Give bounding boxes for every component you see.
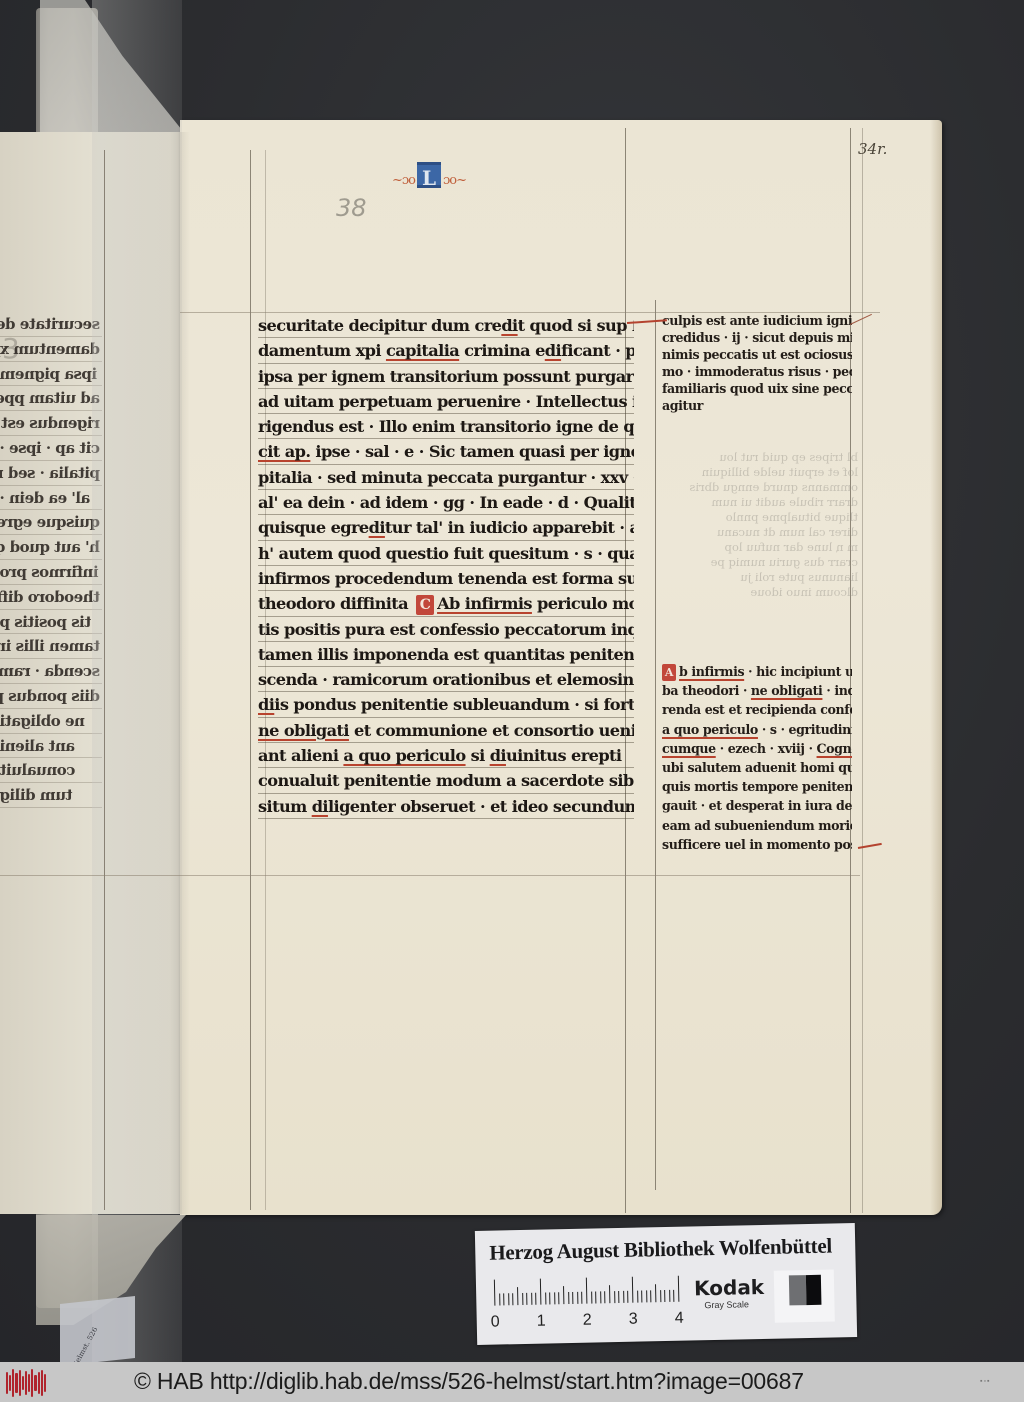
- show-through-line: dlcoum inuo idoue: [668, 585, 858, 600]
- show-through-line: lianunus pute roli ju: [668, 570, 858, 585]
- rubricated-phrase: cit ap.: [258, 442, 310, 461]
- rubric-initial: C: [416, 595, 434, 615]
- verso-line: al' ea dein ·: [0, 486, 102, 511]
- chapter-number: ~ɔoLɔo~: [392, 162, 466, 189]
- gloss-line: quis mortis tempore penitentiam et deren…: [662, 777, 852, 796]
- ruler-tick: [669, 1290, 670, 1302]
- flourish-left: ~ɔo: [392, 173, 415, 188]
- text-line: conualuit penitentie modum a sacerdote s…: [258, 768, 634, 793]
- gloss-line: agitur: [662, 397, 852, 414]
- text-line: damentum xpi capitalia crimina edificant…: [258, 338, 634, 363]
- verso-line: ad uitam pper: [0, 386, 102, 411]
- footer-bar: © HAB http://diglib.hab.de/mss/526-helms…: [0, 1362, 1024, 1402]
- show-through-line: direr cal num dt nucanu: [668, 525, 858, 540]
- rubricated-phrase: b infirmis: [679, 664, 744, 679]
- text-line: quisque egreditur tal' in iudicio appare…: [258, 515, 634, 540]
- rubricated-phrase: a quo periculo: [662, 722, 758, 737]
- show-through-line: bl tripes ep quid rut lou: [668, 450, 858, 465]
- ruler-tick: [513, 1293, 514, 1305]
- logo-bar: [34, 1375, 36, 1391]
- ruler-tick: [517, 1287, 518, 1305]
- ruler-label: 0: [491, 1313, 500, 1331]
- ruling-line: [104, 150, 105, 1210]
- text-line: situm diligenter obseruet · et ideo secu…: [258, 794, 634, 819]
- ruler-tick: [623, 1291, 624, 1303]
- ruler-tick: [641, 1290, 642, 1302]
- ruler-tick: [591, 1292, 592, 1304]
- ruler-tick: [568, 1292, 569, 1304]
- ruler-tick: [674, 1290, 675, 1302]
- text-line: tamen illis imponenda est quantitas peni…: [258, 642, 634, 667]
- ruler-label: 4: [675, 1310, 684, 1328]
- gloss-line-text: ba theodori · ne obligati · inqui: [662, 683, 852, 698]
- show-through-line: m ꞑ lune dar nufuu lop: [668, 540, 858, 555]
- show-through-line: lof et erpuit uelde billiquin: [668, 465, 858, 480]
- verso-line: cit ap · ipse · s: [0, 436, 102, 461]
- ruler-tick: [526, 1293, 527, 1305]
- verso-line: ipsa pignem: [0, 362, 102, 387]
- show-through-line: drarr ribule audit ui num: [668, 495, 858, 510]
- gloss-line-text: gauit · et desperat in iura dei · si: [662, 798, 852, 813]
- ruler-tick: [572, 1292, 573, 1304]
- gloss-line-text: ubi salutem aduenit homi quis: [662, 760, 852, 775]
- ruler-tick: [586, 1278, 588, 1304]
- rubricated-phrase: di: [258, 695, 274, 714]
- ruler-tick: [605, 1291, 606, 1303]
- gloss-line-text: b infirmis · hic incipiunt uer: [679, 664, 852, 679]
- logo-bar: [25, 1371, 27, 1395]
- verso-line: quisque egre: [0, 510, 102, 535]
- logo-bar: [22, 1376, 24, 1390]
- gloss-line: culpis est ante iudicium ignis: [662, 312, 852, 329]
- ink-folio-number: 34r.: [858, 140, 887, 158]
- ruler-label: 3: [629, 1311, 638, 1329]
- verso-line: diis pondus p: [0, 684, 102, 709]
- verso-line: pitalia · sed m: [0, 461, 102, 486]
- chapter-numeral: L: [417, 162, 441, 188]
- logo-bar: [6, 1372, 8, 1394]
- verso-line: tis positis p: [0, 610, 102, 635]
- gloss-line-text: eam ad subueniendum morienti: [662, 818, 852, 833]
- ruler-tick: [646, 1290, 647, 1302]
- logo-bar: [41, 1370, 43, 1396]
- verso-line: ne obligati: [0, 709, 102, 734]
- footer-credit-link[interactable]: © HAB http://diglib.hab.de/mss/526-helms…: [134, 1368, 804, 1395]
- gloss-line: credidus · ij · sicut depuis mi: [662, 329, 852, 346]
- ruler-tick: [678, 1276, 680, 1302]
- ruler-tick: [632, 1277, 634, 1303]
- text-line: cit ap. ipse · sal · e · Sic tamen quasi…: [258, 439, 634, 464]
- manuscript-scan: 3 securitate dedamentum xpiipsa pignemad…: [0, 0, 1024, 1362]
- ruler-tick: [554, 1292, 555, 1304]
- ruler-label: 1: [537, 1313, 546, 1331]
- logo-bar: [38, 1372, 40, 1394]
- ruler-tick: [614, 1291, 615, 1303]
- ruler-tick: [499, 1293, 500, 1305]
- ruler-tick: [503, 1293, 504, 1305]
- ruler-tick: [508, 1293, 509, 1305]
- text-line: tis positis pura est confessio peccatoru…: [258, 617, 634, 642]
- logo-bar: [28, 1374, 30, 1392]
- show-through-line: ommanns qnurd enngu dbris: [668, 480, 858, 495]
- gloss-initial: A: [662, 664, 676, 681]
- text-line: diis pondus penitentie subleuandum · si …: [258, 692, 634, 717]
- ruler-tick: [549, 1292, 550, 1304]
- rubricated-phrase: di: [369, 518, 385, 537]
- rubricated-phrase: ne obligati: [751, 683, 823, 698]
- text-line: infirmos procedendum tenenda est forma s…: [258, 566, 634, 591]
- text-line: h' autem quod questio fuit quesitum · s …: [258, 541, 634, 566]
- corner-mark-icon: ▪▫▪: [980, 1378, 990, 1385]
- logo-bar: [44, 1374, 46, 1392]
- text-line: theodoro diffinitaCAb infirmis periculo …: [258, 591, 634, 616]
- verso-line: damentum xpi: [0, 337, 102, 362]
- brand-subtitle: Gray Scale: [704, 1299, 749, 1310]
- pencil-folio-number: 38: [336, 194, 367, 222]
- gloss-line: ba theodori · ne obligati · inqui: [662, 681, 852, 700]
- ruler-tick: [545, 1293, 546, 1305]
- show-through-text: bl tripes ep quid rut loulof et erpuit u…: [668, 450, 858, 600]
- gloss-line: mo · immoderatus risus · pecca cure: [662, 363, 852, 380]
- ruler-tick: [655, 1284, 656, 1302]
- ruling-line: [655, 300, 656, 1190]
- ruler-tick: [582, 1292, 583, 1304]
- verso-line: scenda · rami: [0, 659, 102, 684]
- rubricated-phrase: di: [312, 797, 328, 816]
- black-patch: [806, 1275, 822, 1305]
- ruling-line: [0, 875, 860, 876]
- institution-name: Herzog August Bibliothek Wolfenbüttel: [489, 1234, 832, 1266]
- glass-plate: [92, 0, 182, 1362]
- ruler-tick: [600, 1291, 601, 1303]
- ruler-tick: [618, 1291, 619, 1303]
- shelfmark-label: Helmst. 526: [60, 1296, 135, 1362]
- text-line: ant alieni a quo periculo si diuinitus e…: [258, 743, 634, 768]
- verso-line: tum dilig: [0, 783, 102, 808]
- ruler-tick: [559, 1292, 560, 1304]
- show-through-line: tlique bitualpme pnnlo: [668, 510, 858, 525]
- logo-bar: [31, 1369, 33, 1397]
- text-line: rigendus est · Illo enim transitorio ign…: [258, 414, 634, 439]
- ruler-tick: [540, 1279, 542, 1305]
- ruling-line: [250, 150, 251, 1210]
- text-line: ne obligati et communione et consortio u…: [258, 718, 634, 743]
- verso-line: infirmos pro: [0, 560, 102, 585]
- ruler-tick: [536, 1293, 537, 1305]
- left-page-text: securitate dedamentum xpiipsa pignemad u…: [0, 312, 102, 808]
- verso-line: ant alieni: [0, 734, 102, 759]
- rubric-heading: Ab infirmis: [437, 594, 532, 613]
- ruler-tick: [531, 1293, 532, 1305]
- ruler-tick: [660, 1290, 661, 1302]
- rubricated-phrase: di: [490, 746, 506, 765]
- scale-ruler: 01234: [494, 1280, 685, 1318]
- rubricated-phrase: cumque: [662, 741, 716, 756]
- rubricated-phrase: a quo periculo: [343, 746, 465, 765]
- gloss-line: ubi salutem aduenit homi quis: [662, 758, 852, 777]
- ruler-label: 2: [583, 1312, 592, 1330]
- ruler-tick: [563, 1286, 564, 1304]
- text-line: ad uitam perpetuam peruenire · Intellect…: [258, 389, 634, 414]
- brand-label: Kodak: [694, 1275, 764, 1300]
- text-line: pitalia · sed minuta peccata purgantur ·…: [258, 465, 634, 490]
- logo-bar: [15, 1373, 17, 1393]
- gloss-top: culpis est ante iudicium igniscredidus ·…: [662, 312, 852, 414]
- verso-line: conualuit: [0, 758, 102, 783]
- ruler-tick: [609, 1285, 610, 1303]
- gloss-line: familiaris quod uix sine peccato: [662, 380, 852, 397]
- rubricated-phrase: di: [501, 316, 517, 335]
- gloss-line: renda est et recipienda confessio et: [662, 700, 852, 719]
- rubricated-phrase: capitalia: [386, 341, 459, 360]
- gloss-line: a quo periculo · s · egritudinis qua: [662, 720, 852, 739]
- verso-line: rigendus est · I: [0, 411, 102, 436]
- ruler-tick: [577, 1292, 578, 1304]
- gloss-line-text: quis mortis tempore penitentiam et deren…: [662, 779, 852, 794]
- gloss-line: nimis peccatis ut est ociosus ser: [662, 346, 852, 363]
- gloss-bottom: Ab infirmis · hic incipiunt uerba theodo…: [662, 662, 852, 854]
- verso-line: tamen illis imp: [0, 634, 102, 659]
- gloss-line-text: renda est et recipienda confessio et: [662, 702, 852, 717]
- gloss-line: sufficere uel in momento posse: [662, 835, 852, 854]
- hab-logo-icon: [6, 1368, 46, 1398]
- gloss-line: eam ad subueniendum morienti: [662, 816, 852, 835]
- logo-bar: [12, 1369, 14, 1397]
- text-line: al' ea dein · ad idem · gg · In eade · d…: [258, 490, 634, 515]
- color-calibration-target: Herzog August Bibliothek Wolfenbüttel 01…: [475, 1223, 857, 1345]
- logo-bar: [9, 1375, 11, 1391]
- verso-line: securitate de: [0, 312, 102, 337]
- gloss-line-text: cumque · ezech · xviij · Cognouimus: [662, 741, 852, 756]
- gray-patch: [789, 1275, 807, 1305]
- ruler-tick: [628, 1291, 629, 1303]
- rubricated-phrase: ne obligati: [258, 721, 349, 740]
- logo-bar: [19, 1370, 21, 1396]
- gloss-line-text: sufficere uel in momento posse: [662, 837, 852, 852]
- ruler-tick: [651, 1290, 652, 1302]
- verso-line: h' aut quod q: [0, 535, 102, 560]
- ruler-tick: [664, 1290, 665, 1302]
- rubricated-phrase: di: [545, 341, 561, 360]
- main-text-column: securitate decipitur dum credit quod si …: [258, 313, 634, 819]
- text-line: ipsa per ignem transitorium possunt purg…: [258, 364, 634, 389]
- verso-line: theodoro diff: [0, 585, 102, 610]
- ruling-line: [862, 128, 863, 1213]
- rubricated-phrase: Cognouimus: [817, 741, 852, 756]
- gloss-line: cumque · ezech · xviij · Cognouimus: [662, 739, 852, 758]
- show-through-line: crarr dus guriu numiq pe: [668, 555, 858, 570]
- flourish-right: ɔo~: [443, 173, 466, 188]
- ruler-tick: [494, 1280, 496, 1306]
- ruler-tick: [637, 1291, 638, 1303]
- gloss-line: gauit · et desperat in iura dei · si: [662, 796, 852, 815]
- gloss-line-text: a quo periculo · s · egritudinis qua: [662, 722, 852, 737]
- text-line: scenda · ramicorum orationibus et elemos…: [258, 667, 634, 692]
- text-line: securitate decipitur dum credit quod si …: [258, 313, 634, 338]
- gloss-line: Ab infirmis · hic incipiunt uer: [662, 662, 852, 681]
- ruler-tick: [522, 1293, 523, 1305]
- ruler-tick: [595, 1291, 596, 1303]
